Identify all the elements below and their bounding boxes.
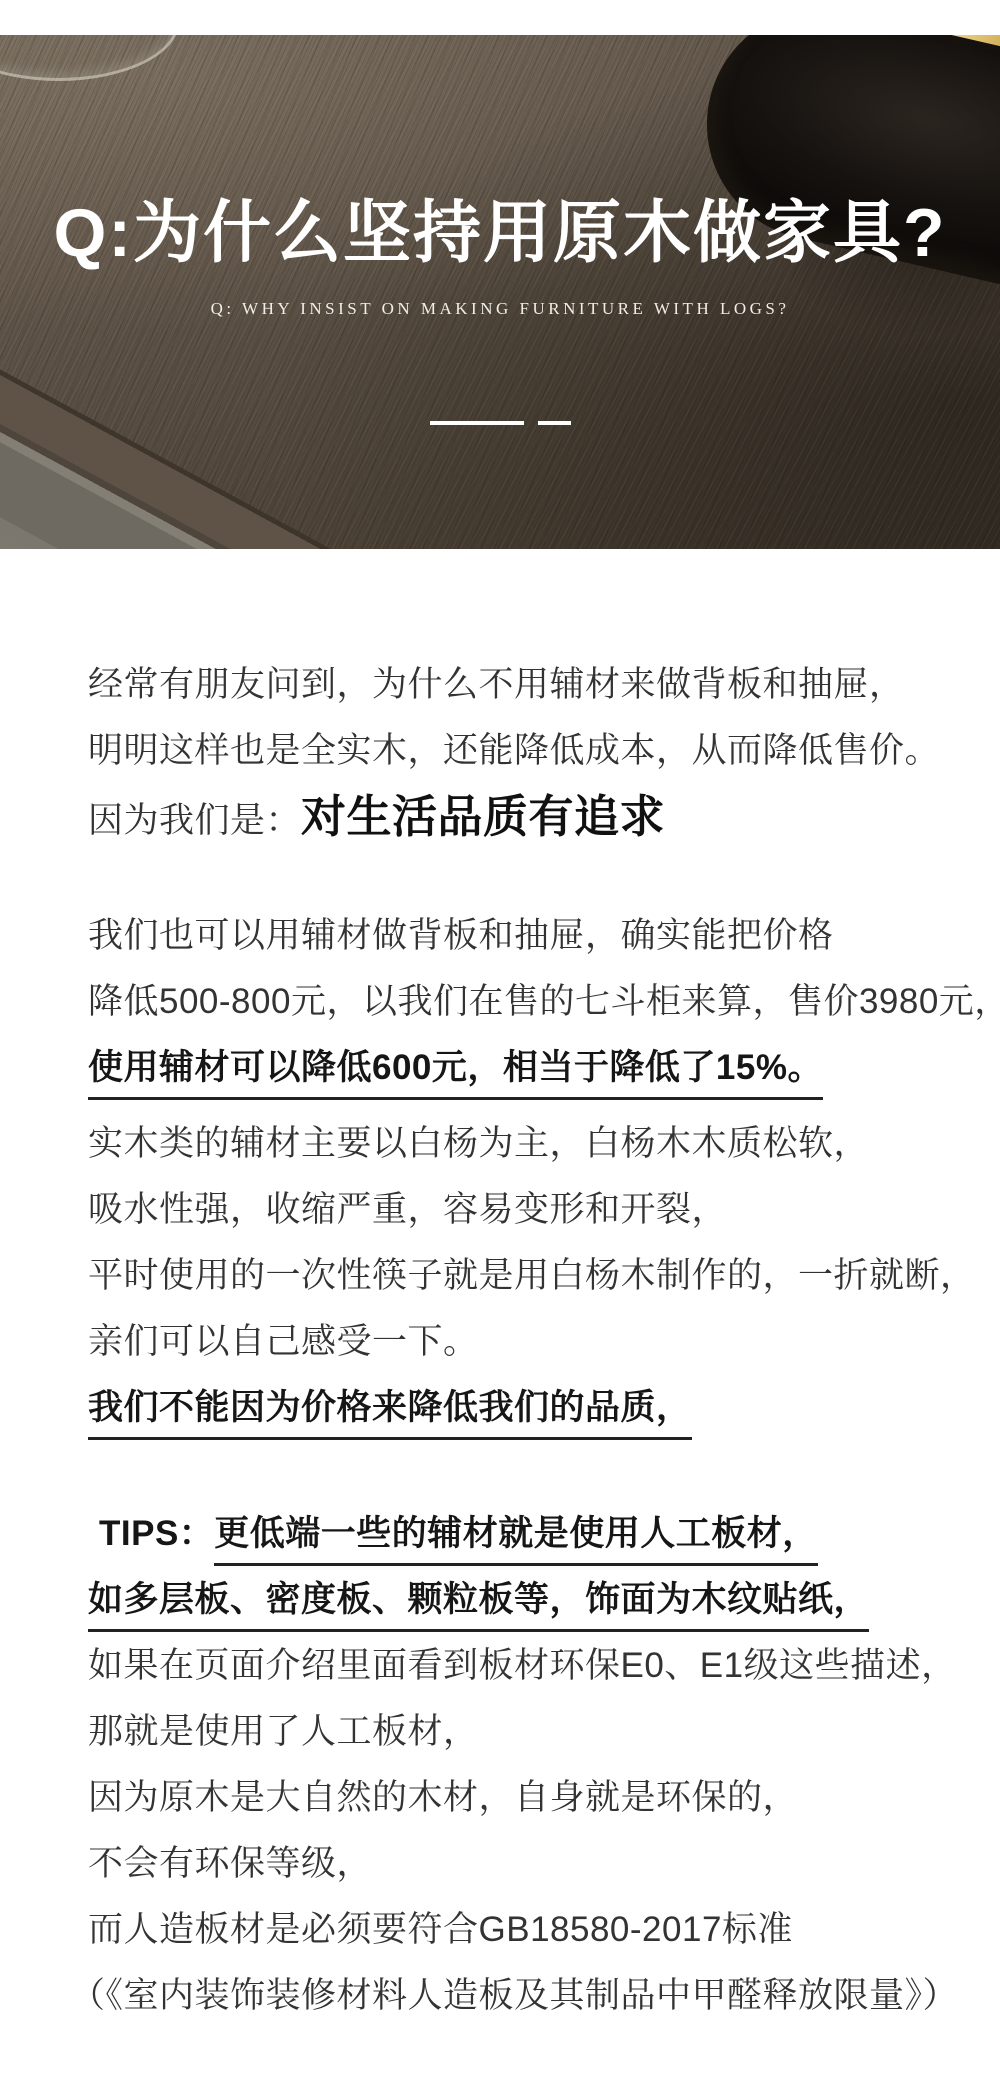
underlined-emphasis: 更低端一些的辅材就是使用人工板材， (214, 1506, 818, 1566)
product-detail-page: Q:为什么坚持用原木做家具? Q: WHY INSIST ON MAKING F… (0, 0, 1000, 2091)
page-subtitle: Q: WHY INSIST ON MAKING FURNITURE WITH L… (0, 297, 1000, 321)
text-line: 而人造板材是必须要符合GB18580-2017标准 (88, 1897, 970, 1963)
paragraph-poplar: 实木类的辅材主要以白杨为主，白杨木木质松软， 吸水性强，收缩严重，容易变形和开裂… (88, 1111, 970, 1441)
text-line: 如果在页面介绍里面看到板材环保E0、E1级这些描述， (88, 1633, 970, 1699)
text-line: 经常有朋友问到，为什么不用辅材来做背板和抽屉， (88, 652, 970, 718)
text-line: 明明这样也是全实木，还能降低成本，从而降低售价。 (88, 718, 970, 784)
tips-label: TIPS： (99, 1514, 214, 1553)
text-line: 吸水性强，收缩严重，容易变形和开裂， (88, 1177, 970, 1243)
text-line-emphasized: 我们不能因为价格来降低我们的品质， (88, 1375, 970, 1441)
underlined-emphasis: 如多层板、密度板、颗粒板等，饰面为木纹贴纸， (88, 1572, 869, 1632)
paragraph-intro: 经常有朋友问到，为什么不用辅材来做背板和抽屉， 明明这样也是全实木，还能降低成本… (88, 652, 970, 854)
divider-long-line (430, 421, 524, 425)
text-prefix: 因为我们是： (88, 801, 301, 840)
text-line: 实木类的辅材主要以白杨为主，白杨木木质松软， (88, 1111, 970, 1177)
divider-short-line (538, 421, 571, 425)
text-line: 不会有环保等级， (88, 1831, 970, 1897)
quality-slogan: 对生活品质有追求 (301, 791, 665, 842)
text-line: 亲们可以自己感受一下。 (88, 1309, 970, 1375)
tips-section: TIPS：更低端一些的辅材就是使用人工板材， 如多层板、密度板、颗粒板等，饰面为… (88, 1501, 970, 2029)
text-line: 因为原木是大自然的木材，自身就是环保的， (88, 1765, 970, 1831)
top-white-strip (0, 0, 1000, 35)
article-content: 经常有朋友问到，为什么不用辅材来做背板和抽屉， 明明这样也是全实木，还能降低成本… (0, 549, 1000, 2029)
page-title: Q:为什么坚持用原木做家具? (0, 191, 1000, 275)
text-line-emphasized: 如多层板、密度板、颗粒板等，饰面为木纹贴纸， (88, 1567, 970, 1633)
decorative-divider (0, 421, 1000, 425)
text-line: 平时使用的一次性筷子就是用白杨木制作的，一折就断， (88, 1243, 970, 1309)
tips-heading-line: TIPS：更低端一些的辅材就是使用人工板材， (88, 1501, 970, 1567)
text-line: 那就是使用了人工板材， (88, 1699, 970, 1765)
text-line: 降低500-800元，以我们在售的七斗柜来算，售价3980元， (88, 969, 970, 1035)
text-line-with-emphasis: 因为我们是：对生活品质有追求 (88, 784, 970, 854)
underlined-emphasis: 使用辅材可以降低600元，相当于降低了15%。 (88, 1040, 823, 1100)
text-line-emphasized: 使用辅材可以降低600元，相当于降低了15%。 (88, 1035, 970, 1101)
hero-wood-photo: Q:为什么坚持用原木做家具? Q: WHY INSIST ON MAKING F… (0, 35, 1000, 549)
underlined-emphasis: 我们不能因为价格来降低我们的品质， (88, 1380, 692, 1440)
text-line: 我们也可以用辅材做背板和抽屉，确实能把价格 (88, 903, 970, 969)
paragraph-price: 我们也可以用辅材做背板和抽屉，确实能把价格 降低500-800元，以我们在售的七… (88, 903, 970, 1101)
standard-reference-line: （《室内装饰装修材料人造板及其制品中甲醛释放限量》） (88, 1963, 970, 2029)
